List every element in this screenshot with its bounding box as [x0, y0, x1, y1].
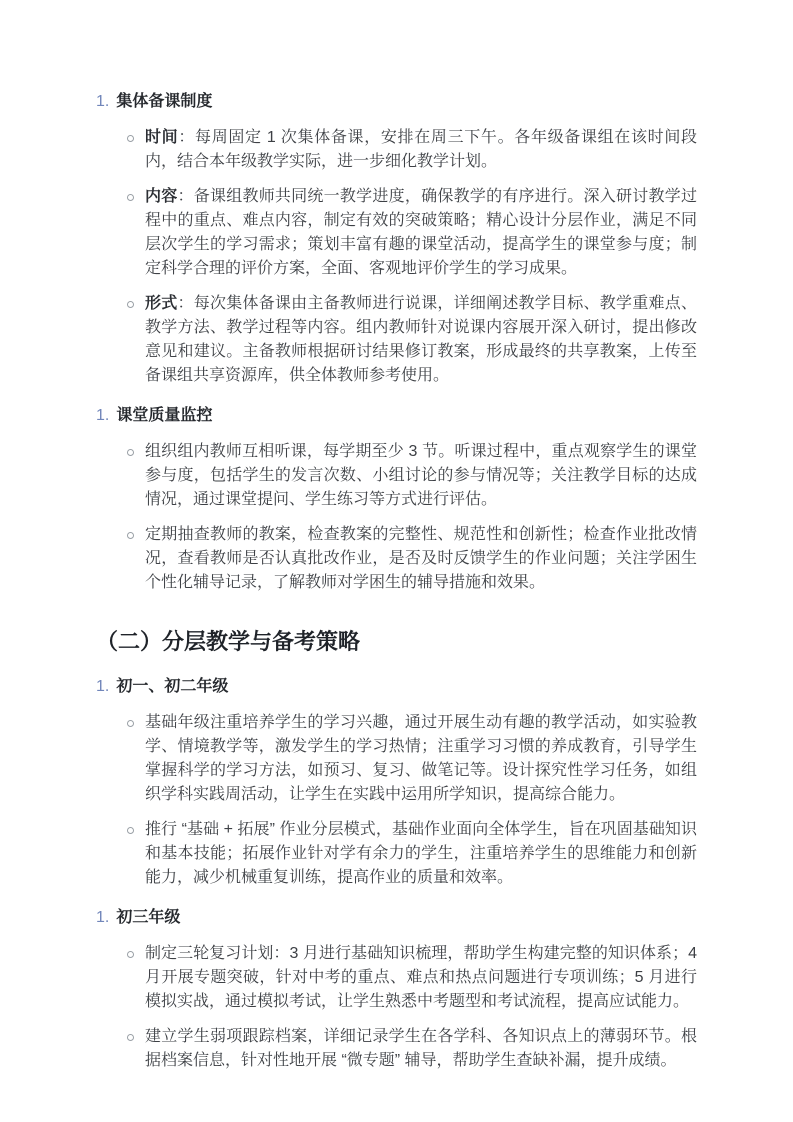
circle-bullet-icon	[127, 449, 134, 456]
circle-bullet-icon	[127, 720, 134, 727]
list-item-header: 1.课堂质量监控	[96, 404, 697, 428]
list-number: 1.	[96, 90, 109, 114]
circle-bullet-icon	[127, 1034, 134, 1041]
bullet-list: 组织组内教师互相听课，每学期至少 3 节。听课过程中，重点观察学生的课堂参与度，…	[96, 440, 697, 595]
list-item-title: 初三年级	[116, 909, 180, 926]
numbered-list-item: 1.集体备课制度 时间：每周固定 1 次集体备课，安排在周三下午。各年级备课组在…	[96, 90, 697, 388]
bullet-item: 形式：每次集体备课由主备教师进行说课，详细阐述教学目标、教学重难点、教学方法、教…	[145, 292, 697, 388]
bullet-item: 组织组内教师互相听课，每学期至少 3 节。听课过程中，重点观察学生的课堂参与度，…	[145, 440, 697, 512]
circle-bullet-icon	[127, 194, 134, 201]
bullet-body: 基础年级注重培养学生的学习兴趣，通过开展生动有趣的教学活动，如实验教学、情境教学…	[145, 714, 697, 803]
circle-bullet-icon	[127, 135, 134, 142]
list-item-header: 1.集体备课制度	[96, 90, 697, 114]
bullet-text: 形式：每次集体备课由主备教师进行说课，详细阐述教学目标、教学重难点、教学方法、教…	[145, 292, 697, 388]
numbered-list-item: 1.初三年级 制定三轮复习计划：3 月进行基础知识梳理，帮助学生构建完整的知识体…	[96, 906, 697, 1073]
bullet-text: 制定三轮复习计划：3 月进行基础知识梳理，帮助学生构建完整的知识体系；4 月开展…	[145, 942, 697, 1014]
circle-bullet-icon	[127, 301, 134, 308]
bullet-text: 基础年级注重培养学生的学习兴趣，通过开展生动有趣的教学活动，如实验教学、情境教学…	[145, 711, 697, 807]
bullet-item: 内容：备课组教师共同统一教学进度，确保教学的有序进行。深入研讨教学过程中的重点、…	[145, 185, 697, 281]
list-item-title: 课堂质量监控	[116, 407, 212, 424]
bullet-item: 制定三轮复习计划：3 月进行基础知识梳理，帮助学生构建完整的知识体系；4 月开展…	[145, 942, 697, 1014]
circle-bullet-icon	[127, 532, 134, 539]
bullet-body: 组织组内教师互相听课，每学期至少 3 节。听课过程中，重点观察学生的课堂参与度，…	[145, 443, 697, 508]
document-page: 1.集体备课制度 时间：每周固定 1 次集体备课，安排在周三下午。各年级备课组在…	[0, 0, 793, 1122]
list-number: 1.	[96, 404, 109, 428]
bullet-list: 时间：每周固定 1 次集体备课，安排在周三下午。各年级备课组在该时间段内，结合本…	[96, 126, 697, 388]
bullet-item: 时间：每周固定 1 次集体备课，安排在周三下午。各年级备课组在该时间段内，结合本…	[145, 126, 697, 174]
bullet-text: 推行 “基础 + 拓展” 作业分层模式，基础作业面向全体学生，旨在巩固基础知识和…	[145, 818, 697, 890]
bullet-body: ：每次集体备课由主备教师进行说课，详细阐述教学目标、教学重难点、教学方法、教学过…	[145, 295, 697, 384]
numbered-list-item: 1.初一、初二年级 基础年级注重培养学生的学习兴趣，通过开展生动有趣的教学活动，…	[96, 675, 697, 890]
list-item-title: 初一、初二年级	[116, 678, 228, 695]
bullet-list: 基础年级注重培养学生的学习兴趣，通过开展生动有趣的教学活动，如实验教学、情境教学…	[96, 711, 697, 890]
bullet-list: 制定三轮复习计划：3 月进行基础知识梳理，帮助学生构建完整的知识体系；4 月开展…	[96, 942, 697, 1073]
bullet-item: 基础年级注重培养学生的学习兴趣，通过开展生动有趣的教学活动，如实验教学、情境教学…	[145, 711, 697, 807]
bullet-label: 时间	[145, 129, 178, 146]
list-item-header: 1.初三年级	[96, 906, 697, 930]
bullet-body: 推行 “基础 + 拓展” 作业分层模式，基础作业面向全体学生，旨在巩固基础知识和…	[145, 821, 697, 886]
bullet-body: 建立学生弱项跟踪档案，详细记录学生在各学科、各知识点上的薄弱环节。根据档案信息，…	[145, 1028, 697, 1069]
circle-bullet-icon	[127, 951, 134, 958]
bullet-label: 内容	[145, 188, 177, 205]
bullet-text: 定期抽查教师的教案，检查教案的完整性、规范性和创新性；检查作业批改情况，查看教师…	[145, 523, 697, 595]
bullet-body: ：备课组教师共同统一教学进度，确保教学的有序进行。深入研讨教学过程中的重点、难点…	[145, 188, 697, 277]
section-heading: （二）分层教学与备考策略	[96, 627, 697, 657]
list-number: 1.	[96, 906, 109, 930]
bullet-text: 建立学生弱项跟踪档案，详细记录学生在各学科、各知识点上的薄弱环节。根据档案信息，…	[145, 1025, 697, 1073]
bullet-text: 时间：每周固定 1 次集体备课，安排在周三下午。各年级备课组在该时间段内，结合本…	[145, 126, 697, 174]
circle-bullet-icon	[127, 827, 134, 834]
bullet-body: 定期抽查教师的教案，检查教案的完整性、规范性和创新性；检查作业批改情况，查看教师…	[145, 526, 697, 591]
list-number: 1.	[96, 675, 109, 699]
list-item-title: 集体备课制度	[116, 93, 212, 110]
bullet-item: 定期抽查教师的教案，检查教案的完整性、规范性和创新性；检查作业批改情况，查看教师…	[145, 523, 697, 595]
numbered-list-item: 1.课堂质量监控 组织组内教师互相听课，每学期至少 3 节。听课过程中，重点观察…	[96, 404, 697, 595]
bullet-item: 建立学生弱项跟踪档案，详细记录学生在各学科、各知识点上的薄弱环节。根据档案信息，…	[145, 1025, 697, 1073]
list-item-header: 1.初一、初二年级	[96, 675, 697, 699]
bullet-text: 组织组内教师互相听课，每学期至少 3 节。听课过程中，重点观察学生的课堂参与度，…	[145, 440, 697, 512]
bullet-text: 内容：备课组教师共同统一教学进度，确保教学的有序进行。深入研讨教学过程中的重点、…	[145, 185, 697, 281]
bullet-label: 形式	[145, 295, 177, 312]
bullet-body: ：每周固定 1 次集体备课，安排在周三下午。各年级备课组在该时间段内，结合本年级…	[145, 129, 697, 170]
bullet-body: 制定三轮复习计划：3 月进行基础知识梳理，帮助学生构建完整的知识体系；4 月开展…	[145, 945, 697, 1010]
bullet-item: 推行 “基础 + 拓展” 作业分层模式，基础作业面向全体学生，旨在巩固基础知识和…	[145, 818, 697, 890]
